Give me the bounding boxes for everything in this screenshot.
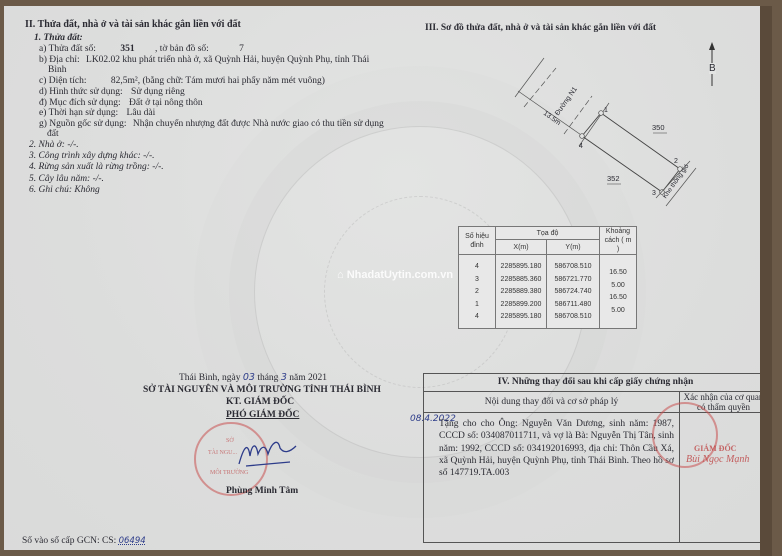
date-month: 3 [281, 372, 287, 383]
y-cell: 586711.480 [550, 299, 596, 312]
confirm-signer: Bùi Ngọc Mạnh [686, 454, 749, 465]
role-title: PHÓ GIÁM ĐỐC [226, 410, 299, 421]
changes-table: IV. Những thay đổi sau khi cấp giấy chứn… [423, 373, 768, 543]
header-x: X(m) [496, 240, 547, 255]
stamp-text-mid: TÀI NGU... [208, 448, 237, 459]
x-cell: 2285895.180 [499, 311, 543, 324]
vertex-4-label: 4 [579, 141, 583, 152]
x-column: 2285895.1802285885.3602285889.3802285899… [496, 255, 547, 329]
y-cell: 586708.510 [550, 311, 596, 324]
y-column: 586708.510586721.770586724.740586711.480… [547, 255, 600, 329]
change-entry-text: Tặng cho cho Ông: Nguyễn Văn Dương, sinh… [439, 418, 674, 479]
distance-cell: 5.00 [603, 305, 633, 318]
signature-icon [234, 436, 304, 471]
north-label: B [709, 63, 716, 74]
distance-cell: 16.50 [603, 267, 633, 280]
place-date-prefix: Thái Bình, ngày [179, 373, 240, 383]
distance-cell: 16.50 [603, 292, 633, 305]
agency-name: SỞ TÀI NGUYÊN VÀ MÔI TRƯỜNG TỈNH THÁI BÌ… [143, 385, 381, 396]
vertex-cell: 2 [462, 286, 492, 299]
vertex-column: 43214 [459, 255, 496, 329]
vertex-3-label: 3 [652, 188, 656, 199]
watermark-text: NhadatUytin.com.vn [347, 269, 453, 281]
x-cell: 2285899.200 [499, 299, 543, 312]
y-cell: 586724.740 [550, 286, 596, 299]
x-cell: 2285885.360 [499, 274, 543, 287]
kt-title: KT. GIÁM ĐỐC [226, 397, 294, 408]
x-cell: 2285889.380 [499, 286, 543, 299]
header-distance: Khoảng cách ( m ) [600, 227, 637, 255]
year-label: năm 2021 [289, 373, 327, 383]
vertex-cell: 4 [462, 261, 492, 274]
y-cell: 586708.510 [550, 261, 596, 274]
neighbor-352: 352 [607, 173, 620, 184]
distance-column: 16.505.0016.505.00 [600, 255, 637, 329]
neighbor-350: 350 [652, 122, 665, 133]
vertex-cell: 1 [462, 299, 492, 312]
house-logo-icon: ⌂ [337, 269, 347, 281]
register-row: Số vào sổ cấp GCN: CS: 06494 [22, 536, 146, 547]
month-label: tháng [257, 373, 278, 383]
certificate-page: II. Thửa đất, nhà ở và tài sản khác gắn … [4, 6, 772, 550]
place-date: Thái Bình, ngày 03 tháng 3 năm 2021 [179, 372, 327, 384]
stamp-text-top: SỞ [226, 436, 234, 447]
signer-name: Phùng Minh Tâm [226, 486, 298, 497]
vertex-2-label: 2 [674, 156, 678, 167]
x-cell: 2285895.180 [499, 261, 543, 274]
watermark: ⌂ NhadatUytin.com.vn [337, 269, 453, 281]
vertex-cell: 4 [462, 311, 492, 324]
y-cell: 586721.770 [550, 274, 596, 287]
register-number: 06494 [119, 536, 146, 546]
page-edge-shadow [760, 6, 772, 550]
confirm-role: GIÁM ĐỐC [694, 443, 736, 454]
header-y: Y(m) [547, 240, 600, 255]
vertex-cell: 3 [462, 274, 492, 287]
coordinates-table: Số hiệu đỉnh Tọa độ Khoảng cách ( m ) X(… [458, 226, 637, 329]
vertex-1-label: 1 [604, 105, 608, 116]
section4-title: IV. Những thay đổi sau khi cấp giấy chứn… [424, 374, 767, 392]
changes-column-header: Nội dung thay đổi và cơ sở pháp lý [424, 392, 680, 413]
header-coords: Tọa độ [496, 227, 600, 240]
distance-cell: 5.00 [603, 280, 633, 293]
header-vertex: Số hiệu đỉnh [459, 227, 496, 255]
date-day: 03 [243, 372, 255, 383]
register-label: Số vào sổ cấp GCN: CS: [22, 536, 116, 546]
